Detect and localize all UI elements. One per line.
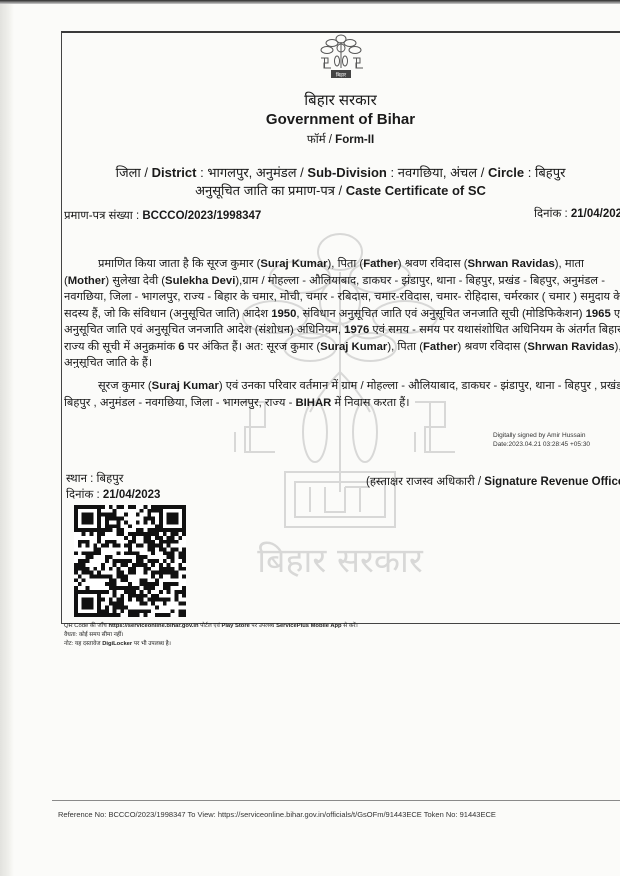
district-line: जिला / District : भागलपुर, अनुमंडल / Sub… xyxy=(61,163,620,181)
validity-note: वैधता: कोई समय सीमा नहीं। xyxy=(64,631,358,640)
certification-paragraph: प्रमाणित किया जाता है कि सूरज कुमार (Sur… xyxy=(64,256,620,368)
bihar-emblem-logo: बिहार xyxy=(318,34,364,80)
digilocker-text: DigiLocker xyxy=(102,641,132,647)
svg-text:बिहार: बिहार xyxy=(336,72,347,79)
certificate-number-value: BCCCO/2023/1998347 xyxy=(142,210,261,222)
bold-text: 1950 xyxy=(271,308,296,320)
issue-date: दिनांक : 21/04/2023 xyxy=(66,487,160,502)
bold-text: Shrwan Ravidas xyxy=(527,341,614,353)
reference-line: Reference No: BCCCO/2023/1998347 To View… xyxy=(58,810,496,819)
note-text: पोर्टल एवं xyxy=(199,623,222,629)
place-value: बिहपुर xyxy=(97,473,124,485)
certificate-number-label: प्रमाण-पत्र संख्या : xyxy=(64,210,139,222)
bold-text: Suraj Kumar xyxy=(152,380,219,392)
certificate-type-english: Caste Certificate of SC xyxy=(346,183,486,198)
place-label: स्थान : xyxy=(66,473,93,485)
qr-code-icon[interactable] xyxy=(74,505,186,617)
title-english: Government of Bihar xyxy=(61,111,620,128)
text: प्रमाणित किया जाता है कि सूरज कुमार ( xyxy=(98,258,260,270)
bold-text: BIHAR xyxy=(295,397,331,409)
note-text: नोट: यह दस्तावेज xyxy=(64,641,102,647)
text: में निवास करता हैं। xyxy=(331,397,409,409)
signature-label-hindi: (हस्ताक्षर राजस्व अधिकारी / xyxy=(366,476,481,488)
text: पर अंकित हैं। अत: सूरज कुमार ( xyxy=(185,341,321,353)
subdivision-label: Sub-Division xyxy=(307,165,386,180)
verify-url-link[interactable]: https://serviceonline.bihar.gov.in xyxy=(108,623,198,629)
issue-date-label: दिनांक : xyxy=(66,489,100,501)
bold-text: Shrwan Ravidas xyxy=(468,258,555,270)
scan-shadow-edge xyxy=(0,0,14,876)
district-label-hindi: जिला / xyxy=(116,165,148,180)
play-store-text: Play Store xyxy=(221,623,249,629)
digilocker-note: नोट: यह दस्तावेज DigiLocker पर भी उपलब्ध… xyxy=(64,640,358,649)
bold-text: Father xyxy=(423,341,458,353)
bold-text: Suraj Kumar xyxy=(260,258,327,270)
text: ), पिता ( xyxy=(387,341,423,353)
bold-text: 1965 xyxy=(586,308,611,320)
qr-notes: QR Code की जाँच https://serviceonline.bi… xyxy=(64,622,358,649)
note-text: QR Code की जाँच xyxy=(64,623,108,629)
note-text: पर भी उपलब्ध है। xyxy=(132,641,171,647)
text: ) सुलेखा देवी ( xyxy=(105,275,165,287)
circle-label: Circle xyxy=(488,165,524,180)
footer-divider xyxy=(52,800,620,801)
text: ) श्रवण रविदास ( xyxy=(458,341,528,353)
separator: : xyxy=(391,165,395,180)
certificate-date-label: दिनांक : xyxy=(534,208,568,220)
scan-top-edge xyxy=(0,0,620,4)
app-name-text: ServicePlus Mobile App xyxy=(276,623,342,629)
title-hindi: बिहार सरकार xyxy=(61,90,620,110)
certificate-date: दिनांक : 21/04/2023 xyxy=(534,206,620,221)
bold-text: Father xyxy=(363,258,398,270)
separator: : xyxy=(528,165,532,180)
form-label: फॉर्म / Form-II xyxy=(61,132,620,147)
bold-text: Suraj Kumar xyxy=(320,341,387,353)
district-label-english: District xyxy=(152,165,197,180)
svg-text:बिहार सरकार: बिहार सरकार xyxy=(257,541,424,581)
certificate-number: प्रमाण-पत्र संख्या : BCCCO/2023/1998347 xyxy=(64,208,261,223)
form-label-hindi: फॉर्म / xyxy=(307,134,332,146)
note-text: पर उपलब्ध xyxy=(250,623,276,629)
digital-signature-date: Date:2023.04.21 03:28:45 +05:30 xyxy=(493,441,590,450)
bold-text: 1976 xyxy=(344,324,369,336)
text: सूरज कुमार ( xyxy=(98,380,152,392)
digital-signature-block: Digitally signed by Amir Hussain Date:20… xyxy=(493,432,590,449)
certificate-type-hindi: अनुसूचित जाति का प्रमाण-पत्र / xyxy=(195,183,342,198)
certificate-date-value: 21/04/2023 xyxy=(571,208,620,220)
signature-label-english: Signature Revenue Officer xyxy=(484,476,620,488)
bold-text: Sulekha Devi xyxy=(165,275,235,287)
digital-signed-by: Digitally signed by Amir Hussain xyxy=(493,432,590,441)
qr-verify-note: QR Code की जाँच https://serviceonline.bi… xyxy=(64,622,358,631)
text: ), पिता ( xyxy=(328,258,364,270)
signature-label: (हस्ताक्षर राजस्व अधिकारी / Signature Re… xyxy=(366,474,620,489)
circle-value: बिहपुर xyxy=(535,165,565,180)
text: ) श्रवण रविदास ( xyxy=(398,258,468,270)
bold-text: Mother xyxy=(68,275,106,287)
form-label-english: Form-II xyxy=(335,134,374,146)
certificate-type-line: अनुसूचित जाति का प्रमाण-पत्र / Caste Cer… xyxy=(61,181,620,199)
note-text: से करें। xyxy=(342,623,358,629)
district-value: भागलपुर, अनुमंडल / xyxy=(207,165,303,180)
issue-date-value: 21/04/2023 xyxy=(103,489,161,501)
text: , संविधान अनुसूचित जाति एवं अनुसूचित जनज… xyxy=(296,308,585,320)
separator: : xyxy=(200,165,204,180)
place: स्थान : बिहपुर xyxy=(66,471,123,486)
residence-paragraph: सूरज कुमार (Suraj Kumar) एवं उनका परिवार… xyxy=(64,378,620,411)
subdivision-value: नवगछिया, अंचल / xyxy=(398,165,485,180)
